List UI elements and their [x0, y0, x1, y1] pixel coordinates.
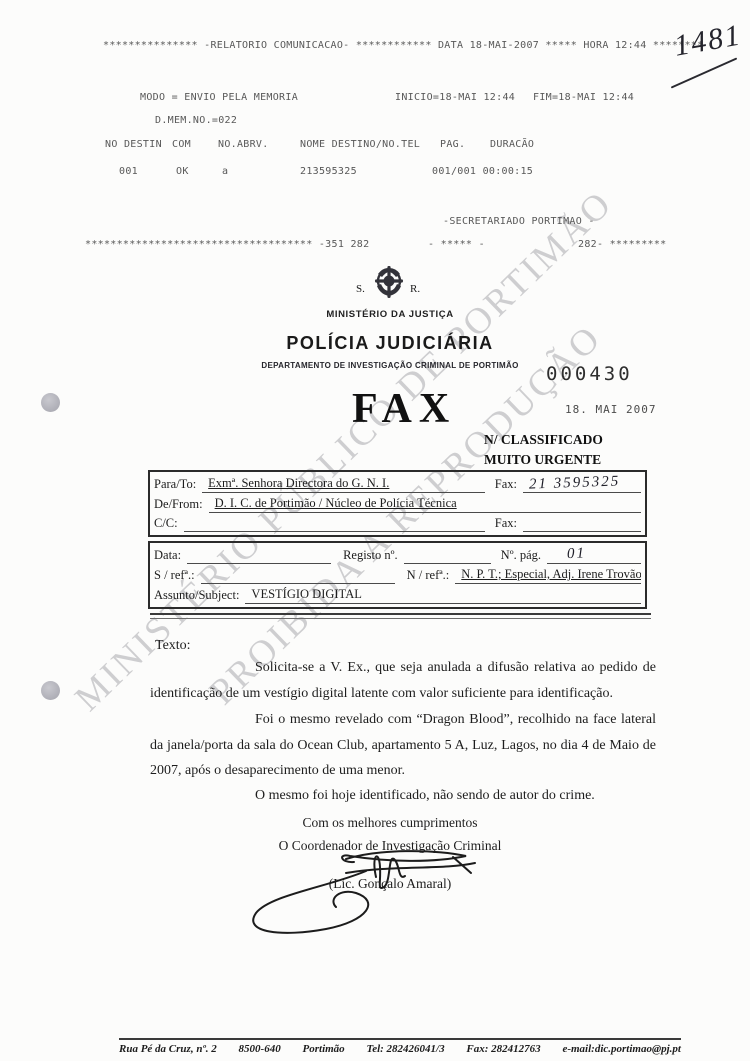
urgency-label: MUITO URGENTE: [484, 452, 601, 468]
footer-rule: [119, 1038, 681, 1040]
police-title: POLÍCIA JUDICIÁRIA: [215, 333, 565, 354]
body-paragraph-1: Solicita-se a V. Ex., que seja anulada a…: [150, 655, 656, 706]
fax1-label: Fax:: [485, 476, 523, 493]
de-from-value: D. I. C. de Portimão / Núcleo de Polícia…: [209, 495, 641, 513]
report-col-pag: PAG.: [440, 139, 465, 150]
report-start-time: INICIO=18-MAI 12:44: [395, 92, 515, 103]
registo-value: [404, 548, 491, 564]
report-end-time: FIM=18-MAI 12:44: [533, 92, 634, 103]
data-value: [187, 548, 331, 564]
report-secretariat: -SECRETARIADO PORTIMAO -: [443, 216, 595, 227]
classification-label: N/ CLASSIFICADO: [484, 432, 603, 448]
ministry-title: MINISTÉRIO DA JUSTIÇA: [240, 309, 540, 320]
texto-label: Texto:: [155, 638, 191, 654]
report-separator-right: 282- *********: [578, 239, 667, 250]
para-to-label: Para/To:: [154, 476, 202, 493]
report-col-com: COM: [172, 139, 191, 150]
footer-fax: Fax: 282412763: [466, 1043, 540, 1055]
npag-label: Nº. pág.: [491, 547, 547, 564]
report-row-pag-duracao: 001/001 00:00:15: [432, 166, 533, 177]
department-title: DEPARTAMENTO DE INVESTIGAÇÃO CRIMINAL DE…: [200, 361, 580, 370]
de-from-label: De/From:: [154, 496, 209, 513]
npag-value: 01: [547, 546, 641, 564]
report-separator-mid: - ***** -: [428, 239, 485, 250]
de-from-row: De/From: D. I. C. de Portimão / Núcleo d…: [154, 495, 641, 513]
sref-label: S / refª.:: [154, 567, 201, 584]
fax-title: FAX: [352, 385, 456, 433]
npag-handwritten: 01: [553, 545, 587, 563]
ref-row: S / refª.: N / refª.: N. P. T.; Especial…: [154, 566, 641, 584]
watermark-line1: MINISTÉRIO PÚBLICO DE PORTIMÃO: [54, 170, 634, 732]
footer-email: e-mail:dic.portimao@pj.pt: [562, 1043, 681, 1055]
hole-punch-bottom: [41, 681, 60, 700]
data-registo-row: Data: Registo nº. Nº. pág. 01: [154, 546, 641, 564]
report-mode: MODO = ENVIO PELA MEMORIA: [140, 92, 298, 103]
report-row-destin: 001: [119, 166, 138, 177]
page-number-stamp: 000430: [546, 363, 633, 385]
cc-label: C/C:: [154, 515, 184, 532]
report-col-nome: NOME DESTINO/NO.TEL: [300, 139, 420, 150]
closing-salutation: Com os melhores cumprimentos: [240, 815, 540, 831]
report-memory-doc: D.MEM.NO.=022: [155, 115, 237, 126]
date-received-stamp: 18. MAI 2007: [565, 403, 656, 416]
address-box: Para/To: Exmª. Senhora Directora do G. N…: [148, 470, 647, 537]
assunto-row: Assunto/Subject: VESTÍGIO DIGITAL: [154, 586, 641, 604]
fax2-label: Fax:: [485, 515, 523, 532]
report-row-nome: 213595325: [300, 166, 357, 177]
reference-box: Data: Registo nº. Nº. pág. 01 S / refª.:…: [148, 541, 647, 609]
scanned-fax-document: MINISTÉRIO PÚBLICO DE PORTIMÃO PROIBIDA …: [0, 0, 750, 1061]
report-col-destin: NO DESTIN: [105, 139, 162, 150]
crest-left-initial: S.: [356, 283, 365, 295]
assunto-value: VESTÍGIO DIGITAL: [245, 586, 641, 604]
registo-label: Registo nº.: [331, 547, 404, 564]
cc-row: C/C: Fax:: [154, 515, 641, 532]
data-label: Data:: [154, 547, 187, 564]
fax1-value: 21 3595325: [523, 475, 641, 493]
report-header-line: *************** -RELATORIO COMUNICACAO- …: [103, 40, 703, 51]
signatory-name: (Lic. Gonçalo Amaral): [240, 876, 540, 892]
para-to-value: Exmª. Senhora Directora do G. N. I.: [202, 475, 485, 493]
footer-address: Rua Pé da Cruz, nº. 2: [119, 1043, 217, 1055]
double-rule: [150, 613, 651, 619]
body-paragraph-3: O mesmo foi hoje identificado, não sendo…: [150, 783, 656, 809]
handwritten-page-number: 1481: [672, 18, 745, 63]
fax1-handwritten: 21 3595325: [529, 473, 621, 493]
nref-value: N. P. T.; Especial, Adj. Irene Trovão: [455, 566, 641, 584]
footer: Rua Pé da Cruz, nº. 2 8500-640 Portimão …: [119, 1043, 681, 1055]
cc-value: [184, 516, 485, 532]
crest-right-initial: R.: [410, 283, 420, 295]
report-col-abrv: NO.ABRV.: [218, 139, 269, 150]
assunto-label: Assunto/Subject:: [154, 587, 245, 604]
report-col-duracao: DURACÃO: [490, 139, 534, 150]
sref-value: [201, 568, 395, 584]
national-crest-icon: [374, 266, 404, 305]
fax2-value: [523, 516, 641, 532]
footer-tel: Tel: 282426041/3: [366, 1043, 444, 1055]
report-row-com: OK: [176, 166, 189, 177]
nref-label: N / refª.:: [395, 567, 456, 584]
hole-punch-top: [41, 393, 60, 412]
report-row-abrv: a: [222, 166, 228, 177]
footer-postal-code: 8500-640: [239, 1043, 281, 1055]
body-paragraph-2: Foi o mesmo revelado com “Dragon Blood”,…: [150, 707, 656, 784]
report-separator-left: ************************************ -35…: [85, 239, 369, 250]
para-to-row: Para/To: Exmª. Senhora Directora do G. N…: [154, 475, 641, 493]
footer-city: Portimão: [303, 1043, 345, 1055]
